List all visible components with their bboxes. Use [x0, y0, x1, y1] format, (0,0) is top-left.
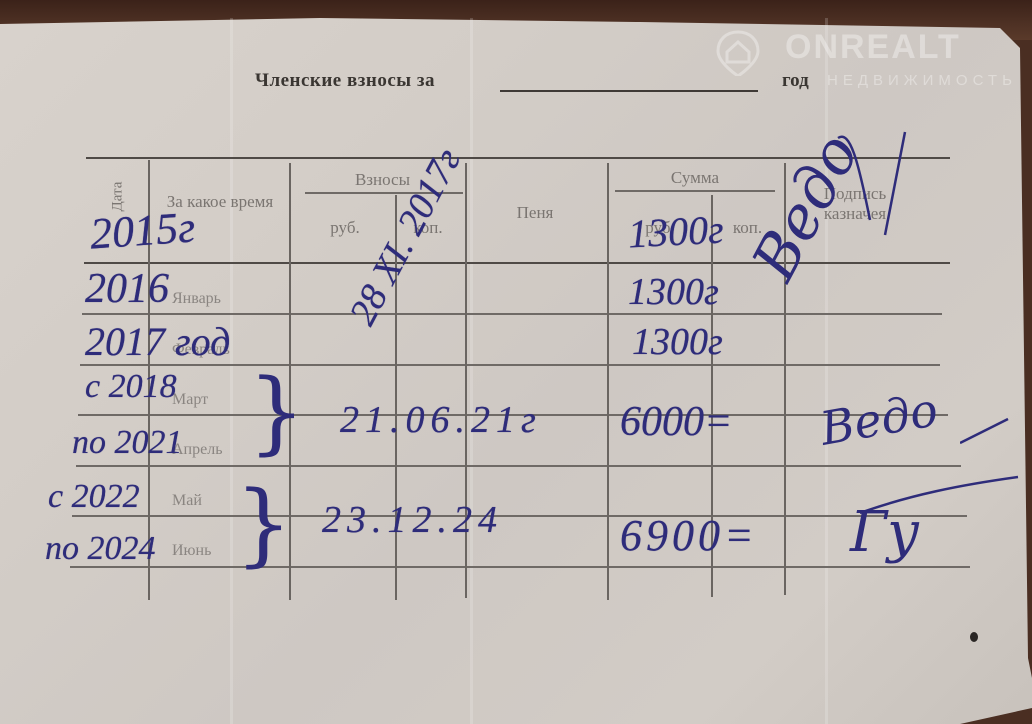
- signature-underline: [960, 415, 1010, 445]
- signature-flourish: [860, 475, 1020, 515]
- entry-period-from-2018: с 2018: [85, 368, 177, 406]
- row-line: [70, 566, 970, 568]
- entry-period-to-2021: по 2021: [72, 424, 183, 462]
- header-sum: Сумма: [615, 168, 775, 188]
- entry-period-2017: 2017 год: [85, 318, 230, 365]
- printed-month: Январь: [172, 290, 221, 308]
- entry-sum-2022-2024: 6900=: [620, 510, 758, 561]
- bracket: }: [235, 480, 292, 570]
- column-divider: [607, 163, 609, 600]
- entry-sum-2017: 1300г: [632, 320, 723, 364]
- form-title-suffix: год: [782, 70, 809, 92]
- printed-month: Июнь: [172, 542, 211, 560]
- printed-month: Март: [172, 391, 208, 409]
- header-bottom-border: [84, 262, 950, 264]
- signature-stroke: [830, 130, 910, 240]
- entry-sum-2015: 1300г: [627, 206, 725, 258]
- form-title: Членские взносы за: [255, 70, 435, 92]
- bracket: }: [248, 368, 305, 458]
- year-blank-line: [500, 90, 758, 92]
- sum-subheader-line: [615, 190, 775, 192]
- paper-fold: [230, 18, 233, 724]
- header-penalty: Пеня: [490, 203, 580, 223]
- row-line: [82, 313, 942, 315]
- entry-sum-2016: 1300г: [628, 270, 719, 314]
- entry-date-2024: 23.12.24: [322, 498, 503, 542]
- entry-period-2016: 2016: [85, 265, 169, 313]
- entry-period-from-2022: с 2022: [48, 478, 140, 516]
- entry-date-2021: 21.06.21г: [340, 398, 542, 442]
- row-line: [76, 465, 961, 467]
- entry-period-to-2024: по 2024: [45, 530, 156, 568]
- entry-period-2015: 2015г: [88, 201, 196, 259]
- row-line: [72, 515, 967, 517]
- printed-month: Май: [172, 492, 202, 510]
- entry-sum-2018-2021: 6000=: [620, 398, 732, 446]
- paper-fold: [825, 18, 828, 724]
- ink-spot: [970, 632, 978, 642]
- paper-fold: [470, 18, 473, 724]
- header-contrib-rub: руб.: [305, 218, 385, 238]
